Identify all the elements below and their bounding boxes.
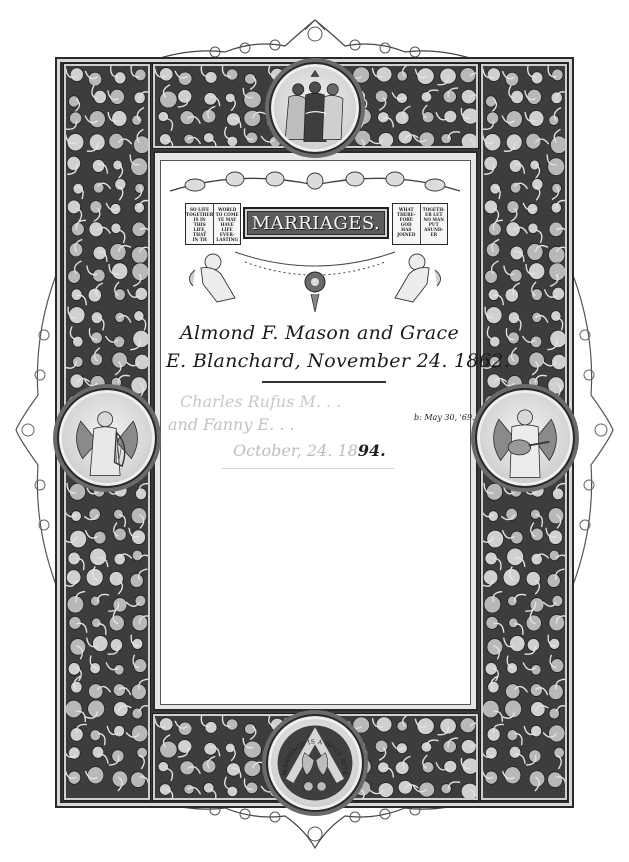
- page-title: MARRIAGES.: [252, 213, 381, 234]
- doves-medallion: MARRIAGE IS A HOLY RITE: [268, 716, 362, 810]
- entry-2-line-3: October, 24. 1894.: [233, 441, 386, 460]
- entry-divider: [262, 381, 386, 383]
- doves-icon: MARRIAGE IS A HOLY RITE: [271, 719, 359, 807]
- book-leaf: WHATTHERE-FOREGODHASJOINED: [393, 204, 421, 244]
- open-book-left: SO LIFETOGETHERIS INTHISLIFE,THATIN TH W…: [185, 203, 241, 245]
- entry-1-line-1: Almond F. Mason and Grace: [180, 322, 459, 344]
- cherubs-and-pendant: [165, 240, 465, 315]
- floral-garland: [165, 163, 465, 205]
- entry-2-date: October, 24. 18: [233, 441, 358, 460]
- left-side-filigree: [14, 275, 58, 585]
- angel-lute-medallion: [477, 390, 573, 486]
- book-leaf: SO LIFETOGETHERIS INTHISLIFE,THATIN TH: [186, 204, 214, 244]
- book-leaf: TOGETH-ER LETNO MANPUTASUND-ER: [421, 204, 448, 244]
- entry-2-year: 94.: [358, 441, 386, 460]
- open-book-right: WHATTHERE-FOREGODHASJOINED TOGETH-ER LET…: [392, 203, 448, 245]
- angel-lute-icon: [480, 393, 570, 483]
- right-side-filigree: [571, 275, 615, 585]
- entry-2-birth-note: b: May 30, '69.: [414, 413, 475, 422]
- top-crest-filigree: [155, 18, 475, 60]
- wedding-scene-icon: [274, 67, 356, 149]
- title-plaque: MARRIAGES.: [243, 207, 389, 239]
- entry-2-line-1: Charles Rufus M. . .: [180, 392, 341, 411]
- entry-1-line-2: E. Blanchard, November 24. 1862.: [166, 350, 510, 372]
- book-leaf: WORLDTO COMEYE MAYHAVELIFEEVER-LASTING: [214, 204, 240, 244]
- angel-harp-icon: [62, 393, 152, 483]
- entry-divider: [222, 468, 394, 469]
- entry-2-line-2: and Fanny E. . .: [168, 415, 295, 434]
- wedding-scene-medallion: [271, 64, 359, 152]
- angel-harp-medallion: [59, 390, 155, 486]
